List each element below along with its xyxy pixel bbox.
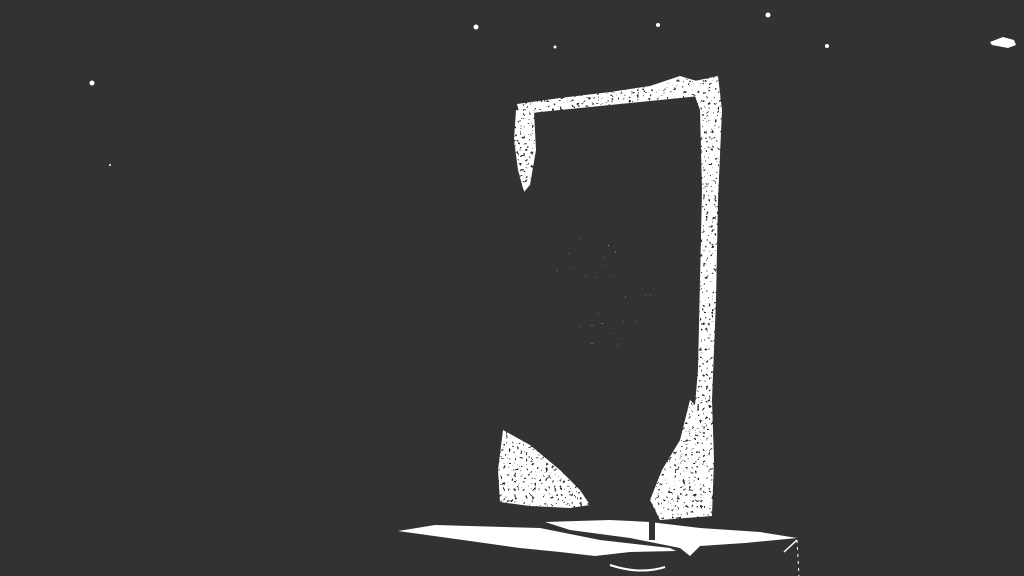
slab-center-speckles	[553, 230, 653, 360]
photo-scene	[0, 0, 1024, 576]
